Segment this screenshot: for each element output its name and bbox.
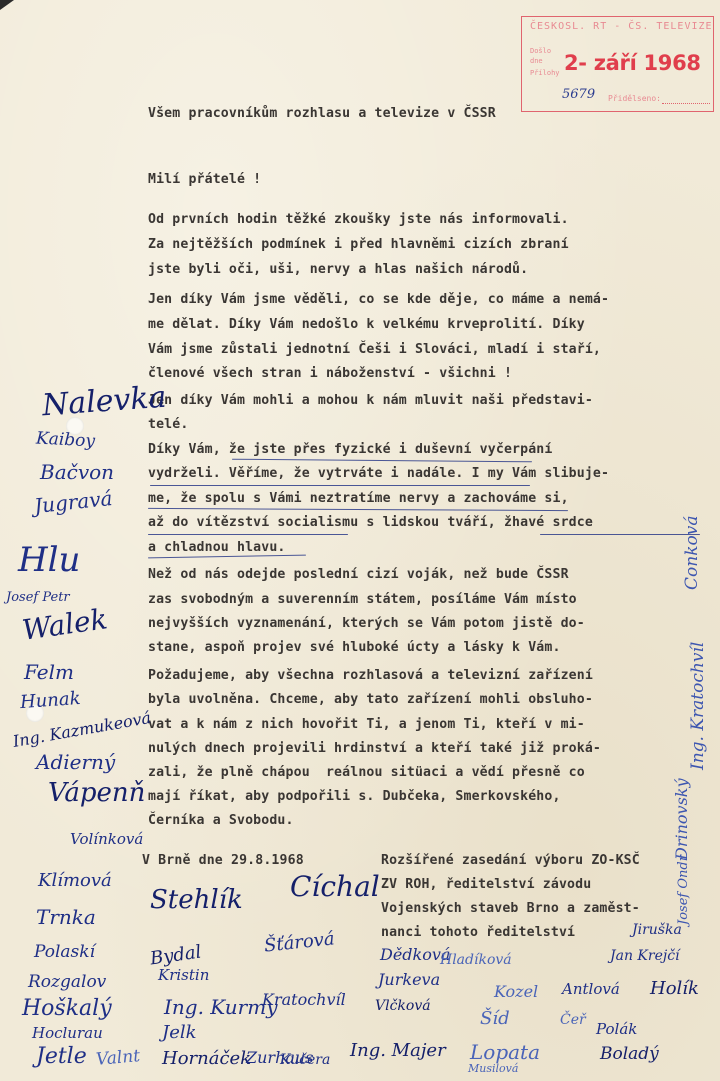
signature: Zurhaus <box>246 1048 313 1067</box>
text-line: vydrželi. Věříme, že vytrváte i nadále. … <box>148 466 609 481</box>
signature: Čeř <box>560 1012 586 1028</box>
stamp-organization: ČESKOSL. RT - ČS. TELEVIZE BRNO <box>530 21 720 32</box>
signature: Ing. Kurmy <box>164 995 278 1019</box>
text-line: stane, aspoň projev své hluboké úcty a l… <box>148 640 561 655</box>
text-line: Černíka a Svobodu. <box>148 813 294 828</box>
letter-salutation: Milí přátelé ! <box>148 172 261 187</box>
signature: Jan Krejčí <box>610 948 680 964</box>
signature: Cíchal <box>290 870 380 903</box>
sender-line: Vojenských staveb Brno a zaměst- <box>381 901 640 916</box>
text-line: byla uvolněna. Chceme, aby tato zařízení… <box>148 692 593 707</box>
letter-addressee: Všem pracovníkům rozhlasu a televize v Č… <box>148 106 496 121</box>
stamp-label-day: dne <box>530 57 543 65</box>
text-line: Jen díky Vám mohli a mohou k nám mluvit … <box>148 393 593 408</box>
signature: Jelk <box>162 1022 197 1043</box>
signature: Hoclurau <box>32 1024 103 1042</box>
handwritten-underline <box>148 534 348 535</box>
text-line: nulých dnech projevili hrdinství a kteří… <box>148 741 601 756</box>
signature: Rozgalov <box>28 972 106 992</box>
signature: Jetle <box>36 1044 87 1069</box>
registration-number: 5679 <box>562 87 595 102</box>
signature: Jurkeva <box>378 970 440 989</box>
signature: Valnt <box>95 1046 141 1070</box>
signature: Lopata <box>470 1040 540 1064</box>
text-line: Než od nás odejde poslední cizí voják, n… <box>148 567 569 582</box>
text-line: a chladnou hlavu. <box>148 540 286 555</box>
text-line: telé. <box>148 417 188 432</box>
text-line: Za nejtěžších podmínek i před hlavněmi c… <box>148 237 569 252</box>
text-line: Vám jsme zůstali jednotní Češi i Slováci… <box>148 342 601 357</box>
signature: Adierný <box>36 750 115 774</box>
place-date: V Brně dne 29.8.1968 <box>142 853 304 868</box>
text-line: členové všech stran i náboženství - všic… <box>148 366 512 381</box>
text-line: zali, že plně chápou reálnou sitüaci a v… <box>148 765 585 780</box>
paper-sheet <box>0 0 720 1081</box>
sender-line: Rozšířené zasedání výboru ZO-KSČ <box>381 853 640 868</box>
text-line: mají říkat, aby podpořili s. Dubčeka, Sm… <box>148 789 561 804</box>
signature: Vlčková <box>375 998 431 1014</box>
sender-line: ZV ROH, ředitelství závodu <box>381 877 591 892</box>
signature: Kratochvíl <box>262 990 346 1009</box>
stamp-assigned-label: Přidělseno: <box>608 94 661 103</box>
signature: Boladý <box>600 1044 659 1064</box>
signature: Felm <box>24 660 74 684</box>
signature: Polaskí <box>34 942 95 962</box>
signature: Hunak <box>19 688 81 713</box>
signature: Antlová <box>562 980 620 998</box>
handwritten-underline <box>150 485 530 486</box>
text-line: jste byli oči, uši, nervy a hlas našich … <box>148 262 528 277</box>
signature: Ing. Majer <box>350 1040 446 1061</box>
signature: Holík <box>650 978 699 999</box>
handwritten-underline <box>540 534 700 535</box>
signature: Josef Petr <box>6 590 70 605</box>
text-line: zas svobodným a suverenním státem, posíl… <box>148 592 577 607</box>
stamp-label-received: Došlo <box>530 47 551 55</box>
text-line: Díky Vám, že jste přes fyzické i duševní… <box>148 442 552 457</box>
signature: Hornáček <box>162 1048 251 1069</box>
signature: Musilová <box>468 1062 518 1075</box>
signature: Bačvon <box>40 460 114 484</box>
signature: Hoškalý <box>22 996 112 1021</box>
sender-line: nanci tohoto ředitelství <box>381 925 575 940</box>
text-line: Požadujeme, aby všechna rozhlasová a tel… <box>148 668 593 683</box>
stamp-dotted-line <box>662 103 710 104</box>
text-line: me dělat. Díky Vám nedošlo k velkému krv… <box>148 317 585 332</box>
signature: Volínková <box>70 830 143 848</box>
signature: Drinovský <box>672 778 691 860</box>
text-line: Jen díky Vám jsme věděli, co se kde děje… <box>148 292 609 307</box>
stamp-label-attachments: Přílohy <box>530 69 560 77</box>
signature: Vápenň <box>48 778 145 808</box>
signature: Kaiboy <box>36 428 96 451</box>
text-line: nejvyšších vyznamenání, kterých se Vám p… <box>148 616 585 631</box>
signature: Josef Ondr <box>676 855 691 925</box>
text-line: me, že spolu s Vámi neztratíme nervy a z… <box>148 491 569 506</box>
signature: Polák <box>596 1020 637 1038</box>
stamp-date: 2- září 1968 <box>564 51 701 75</box>
signature: Hlu <box>18 540 80 580</box>
text-line: Od prvních hodin těžké zkoušky jste nás … <box>148 212 569 227</box>
signature: Jiruška <box>632 922 682 938</box>
signature: Kristin <box>158 966 209 984</box>
signature: Hladíková <box>440 952 512 968</box>
signature: Ing. Kratochvíl <box>688 642 708 770</box>
signature: Klímová <box>38 870 112 891</box>
signature: Šíd <box>480 1008 510 1029</box>
text-line: vat a k nám z nich hovořit Ti, a jenom T… <box>148 717 585 732</box>
text-line: až do vítězství socialismu s lidskou tvá… <box>148 515 593 530</box>
signature: Stehlík <box>150 885 243 915</box>
registry-stamp: ČESKOSL. RT - ČS. TELEVIZE BRNO Došlo dn… <box>521 16 714 112</box>
signature: Kozel <box>494 982 538 1001</box>
signature: Conková <box>682 516 702 590</box>
signature: Trnka <box>36 905 96 929</box>
